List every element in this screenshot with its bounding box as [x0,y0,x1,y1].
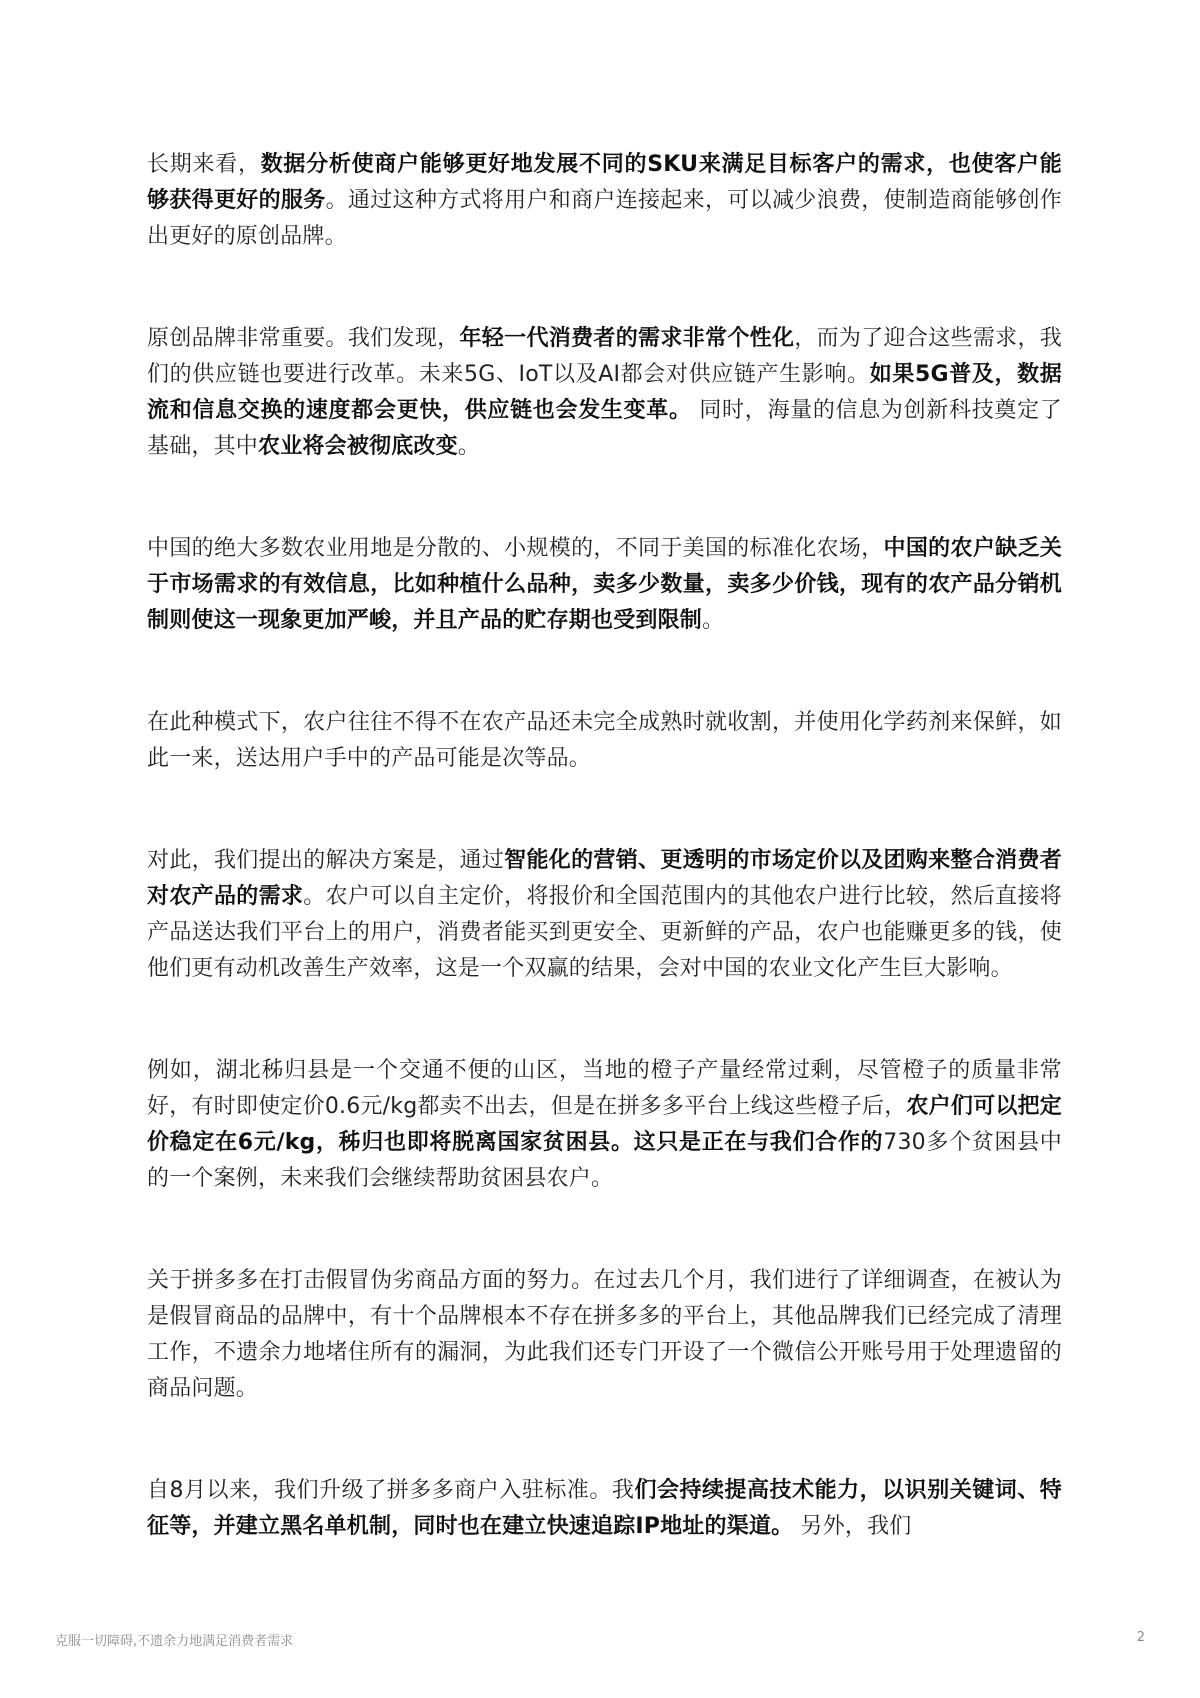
paragraph-merchant-standards: 自8月以来，我们升级了拼多多商户入驻标准。我们会持续提高技术能力，以识别关键词、… [147,1473,1062,1545]
text-segment: 。 [458,434,480,459]
bold-text-segment: 年轻一代消费者的需求非常个性化 [459,326,794,351]
paragraph-zigui-example: 例如，湖北秭归县是一个交通不便的山区，当地的橙子产量经常过剩，尽管橙子的质量非常… [147,1053,1062,1197]
document-body: 长期来看，数据分析使商户能够更好地发展不同的SKU来满足目标客户的需求，也使客户… [147,147,1062,1611]
paragraph-counterfeit-efforts: 关于拼多多在打击假冒伪劣商品方面的努力。在过去几个月，我们进行了详细调查，在被认… [147,1263,1062,1407]
footer-document-title: 克服一切障碍,不遗余力地满足消费者需求 [55,1630,293,1649]
paragraph-original-brands: 原创品牌非常重要。我们发现，年轻一代消费者的需求非常个性化，而为了迎合这些需求，… [147,321,1062,465]
paragraph-long-term-data-analysis: 长期来看，数据分析使商户能够更好地发展不同的SKU来满足目标客户的需求，也使客户… [147,147,1062,255]
text-segment: 原创品牌非常重要。我们发现， [147,326,459,351]
text-segment: 另外，我们 [793,1514,911,1539]
text-segment: 在此种模式下，农户往往不得不在农产品还未完全成熟时就收割，并使用化学药剂来保鲜，… [147,710,1062,771]
paragraph-harvest-mode: 在此种模式下，农户往往不得不在农产品还未完全成熟时就收割，并使用化学药剂来保鲜，… [147,705,1062,777]
document-page: 长期来看，数据分析使商户能够更好地发展不同的SKU来满足目标客户的需求，也使客户… [0,0,1200,1698]
page-footer: 克服一切障碍,不遗余力地满足消费者需求 2 [55,1630,1145,1650]
text-segment: 。 [702,608,724,633]
text-segment: 关于拼多多在打击假冒伪劣商品方面的努力。在过去几个月，我们进行了详细调查，在被认… [147,1268,1062,1401]
page-number: 2 [1137,1630,1145,1645]
text-segment: 自8月以来，我们升级了拼多多商户入驻标准。我 [147,1478,634,1503]
text-segment: 长期来看， [147,152,261,177]
paragraph-china-agriculture: 中国的绝大多数农业用地是分散的、小规模的，不同于美国的标准化农场，中国的农户缺乏… [147,531,1062,639]
text-segment: 对此，我们提出的解决方案是，通过 [147,848,504,873]
bold-text-segment: 农业将会被彻底改变 [258,434,458,459]
text-segment: 中国的绝大多数农业用地是分散的、小规模的，不同于美国的标准化农场， [147,536,884,561]
paragraph-solution: 对此，我们提出的解决方案是，通过智能化的营销、更透明的市场定价以及团购来整合消费… [147,843,1062,987]
